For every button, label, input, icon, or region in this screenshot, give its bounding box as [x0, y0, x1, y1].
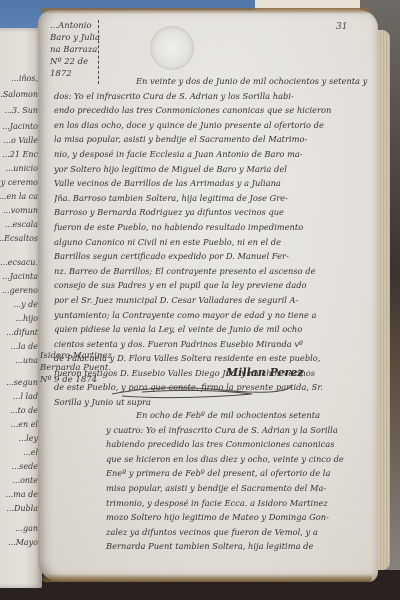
folio-number: 31: [336, 22, 347, 32]
margin-line: ...Antonio: [50, 20, 100, 32]
entry-line: fueron de este Pueblo, no habiendo resul…: [54, 220, 372, 235]
entry-line: Eneº y primera de Febº del present, al o…: [54, 466, 372, 481]
entry-line: nz. Barreo de Barrillos; El contrayente …: [54, 264, 372, 279]
entry-line: Barroso y Bernarda Rodriguez ya difuntos…: [54, 205, 372, 220]
entry-line: zalez ya difuntos vecinos que fueron de …: [54, 525, 372, 540]
left-page-fragment: ...iños,: [11, 74, 38, 83]
left-page-fragment: ...ley: [19, 434, 38, 443]
left-page-fragment: ...Ecsaltos: [0, 234, 38, 243]
left-page-fragment: ...l lad: [13, 392, 38, 401]
burnt-bottom-edge: [42, 574, 372, 582]
left-page-fragment: ...el: [23, 448, 38, 457]
entry-line: mozo Soltero hijo legitimo de Mateo y Do…: [54, 510, 372, 525]
signature-rubric-icon: [102, 382, 302, 400]
left-page-fragment: ...una: [15, 356, 38, 365]
entry-1-margin-note: ...Antonio Baro y Julia na Barraza Nº 22…: [50, 20, 100, 80]
left-page-fragment: ...ecsacu.: [0, 258, 38, 267]
left-page-fragment: ...gereno: [2, 286, 38, 295]
entry-line: yor Soltero hijo legitimo de Miguel de B…: [54, 162, 372, 177]
left-page-fragment: ...3. Sun: [4, 106, 38, 115]
entry-line: nio, y desposé in facie Ecclesia a Juan …: [54, 147, 372, 162]
right-page: 31 ...Antonio Baro y Julia na Barraza Nº…: [38, 10, 378, 582]
margin-line: Bernarda Puent.: [40, 362, 112, 374]
left-page: ...iños, ...Salomon ...3. Sun ...Jacinto…: [0, 28, 42, 588]
embossed-seal-icon: [150, 26, 194, 70]
burnt-top-edge: [40, 8, 370, 14]
left-page-fragment: ...Dubla: [6, 504, 38, 513]
left-page-fragment: ...to de: [10, 406, 38, 415]
entry-line: en los dias ocho, doce y quince de Junio…: [54, 118, 372, 133]
entry-line: y cuatro: Yo el infrascrito Cura de S. A…: [54, 423, 372, 438]
entry-line: que se hicieron en los dias diez y ocho,…: [54, 452, 372, 467]
left-page-fragment: ...la de: [11, 342, 38, 351]
entry-line: Jña. Barroso tambien Soltera, hija legit…: [54, 191, 372, 206]
left-page-fragment: ...segun: [6, 378, 38, 387]
entry-line: dos: Yo el infrascrito Cura de S. Adrian…: [54, 89, 372, 104]
entry-2-body: En ocho de Febº de mil ochocientos seten…: [54, 408, 372, 554]
left-page-fragment: ...y ceremo: [0, 178, 38, 187]
left-page-fragment: ...o Valle: [3, 136, 38, 145]
left-page-fragment: ...Mayo: [8, 538, 38, 547]
left-page-fragment: ...y de: [13, 300, 38, 309]
left-page-fragment: ...gan: [15, 524, 38, 533]
left-page-fragment: ...unicio: [6, 164, 38, 173]
entry-line: habiendo precedido las tres Conmonicione…: [54, 437, 372, 452]
left-page-fragment: ...vomun: [3, 206, 38, 215]
left-page-fragment: ...difunt: [6, 328, 38, 337]
entry-line: Barrillos segun certificado expedido por…: [54, 249, 372, 264]
entry-line: En ocho de Febº de mil ochocientos seten…: [54, 408, 372, 423]
left-page-fragment: ...Jacinta: [2, 272, 38, 281]
margin-line: Nº 9 de 1874: [40, 374, 112, 386]
left-page-fragment: ...escala: [5, 220, 38, 229]
entry-line: misa popular, asisti y bendije el Sacram…: [54, 481, 372, 496]
entry-line: endo precedido las tres Conmoniciones ca…: [54, 103, 372, 118]
entry-line: En veinte y dos de Junio de mil ochocien…: [54, 74, 372, 89]
left-page-fragment: ...Salomon: [0, 90, 38, 99]
entry-line: consejo de sus Padres y en el pupil que …: [54, 278, 372, 293]
left-page-fragment: ...onte: [12, 476, 38, 485]
left-page-fragment: ...Jacinto: [2, 122, 38, 131]
left-page-fragment: ...21 Enc: [2, 150, 38, 159]
entry-line: trimonio, y desposé in facie Ecca. a Isi…: [54, 496, 372, 511]
margin-line: Isidoro Martinez: [40, 350, 112, 362]
entry-line: por el Sr. Juez municipal D. Cesar Valla…: [54, 293, 372, 308]
entry-line: yuntamiento; la Contrayente como mayor d…: [54, 308, 372, 323]
left-page-fragment: ...sede: [12, 462, 38, 471]
left-page-fragment: ...en el: [11, 420, 38, 429]
entry-line: alguno Canonico ni Civil ni en este Pueb…: [54, 235, 372, 250]
left-page-fragment: ...hijo: [15, 314, 38, 323]
entry-line: Valle vecinos de Barrillos de las Arrima…: [54, 176, 372, 191]
margin-line: Baro y Julia: [50, 32, 100, 44]
entry-2-margin-note: Isidoro Martinez Bernarda Puent. Nº 9 de…: [40, 350, 112, 386]
priest-signature: Millan Perez: [226, 366, 304, 379]
left-page-fragment: ...en la ca: [0, 192, 38, 201]
margin-line: Nº 22 de: [50, 56, 100, 68]
left-page-fragment: ...ma de: [6, 490, 38, 499]
entry-line: Bernarda Puent tambien Soltera, hija leg…: [54, 539, 372, 554]
entry-line: quien pidiese la venia la Ley, el veinte…: [54, 322, 372, 337]
margin-line: na Barraza: [50, 44, 100, 56]
entry-line: la misa popular, asisti y bendije el Sac…: [54, 132, 372, 147]
